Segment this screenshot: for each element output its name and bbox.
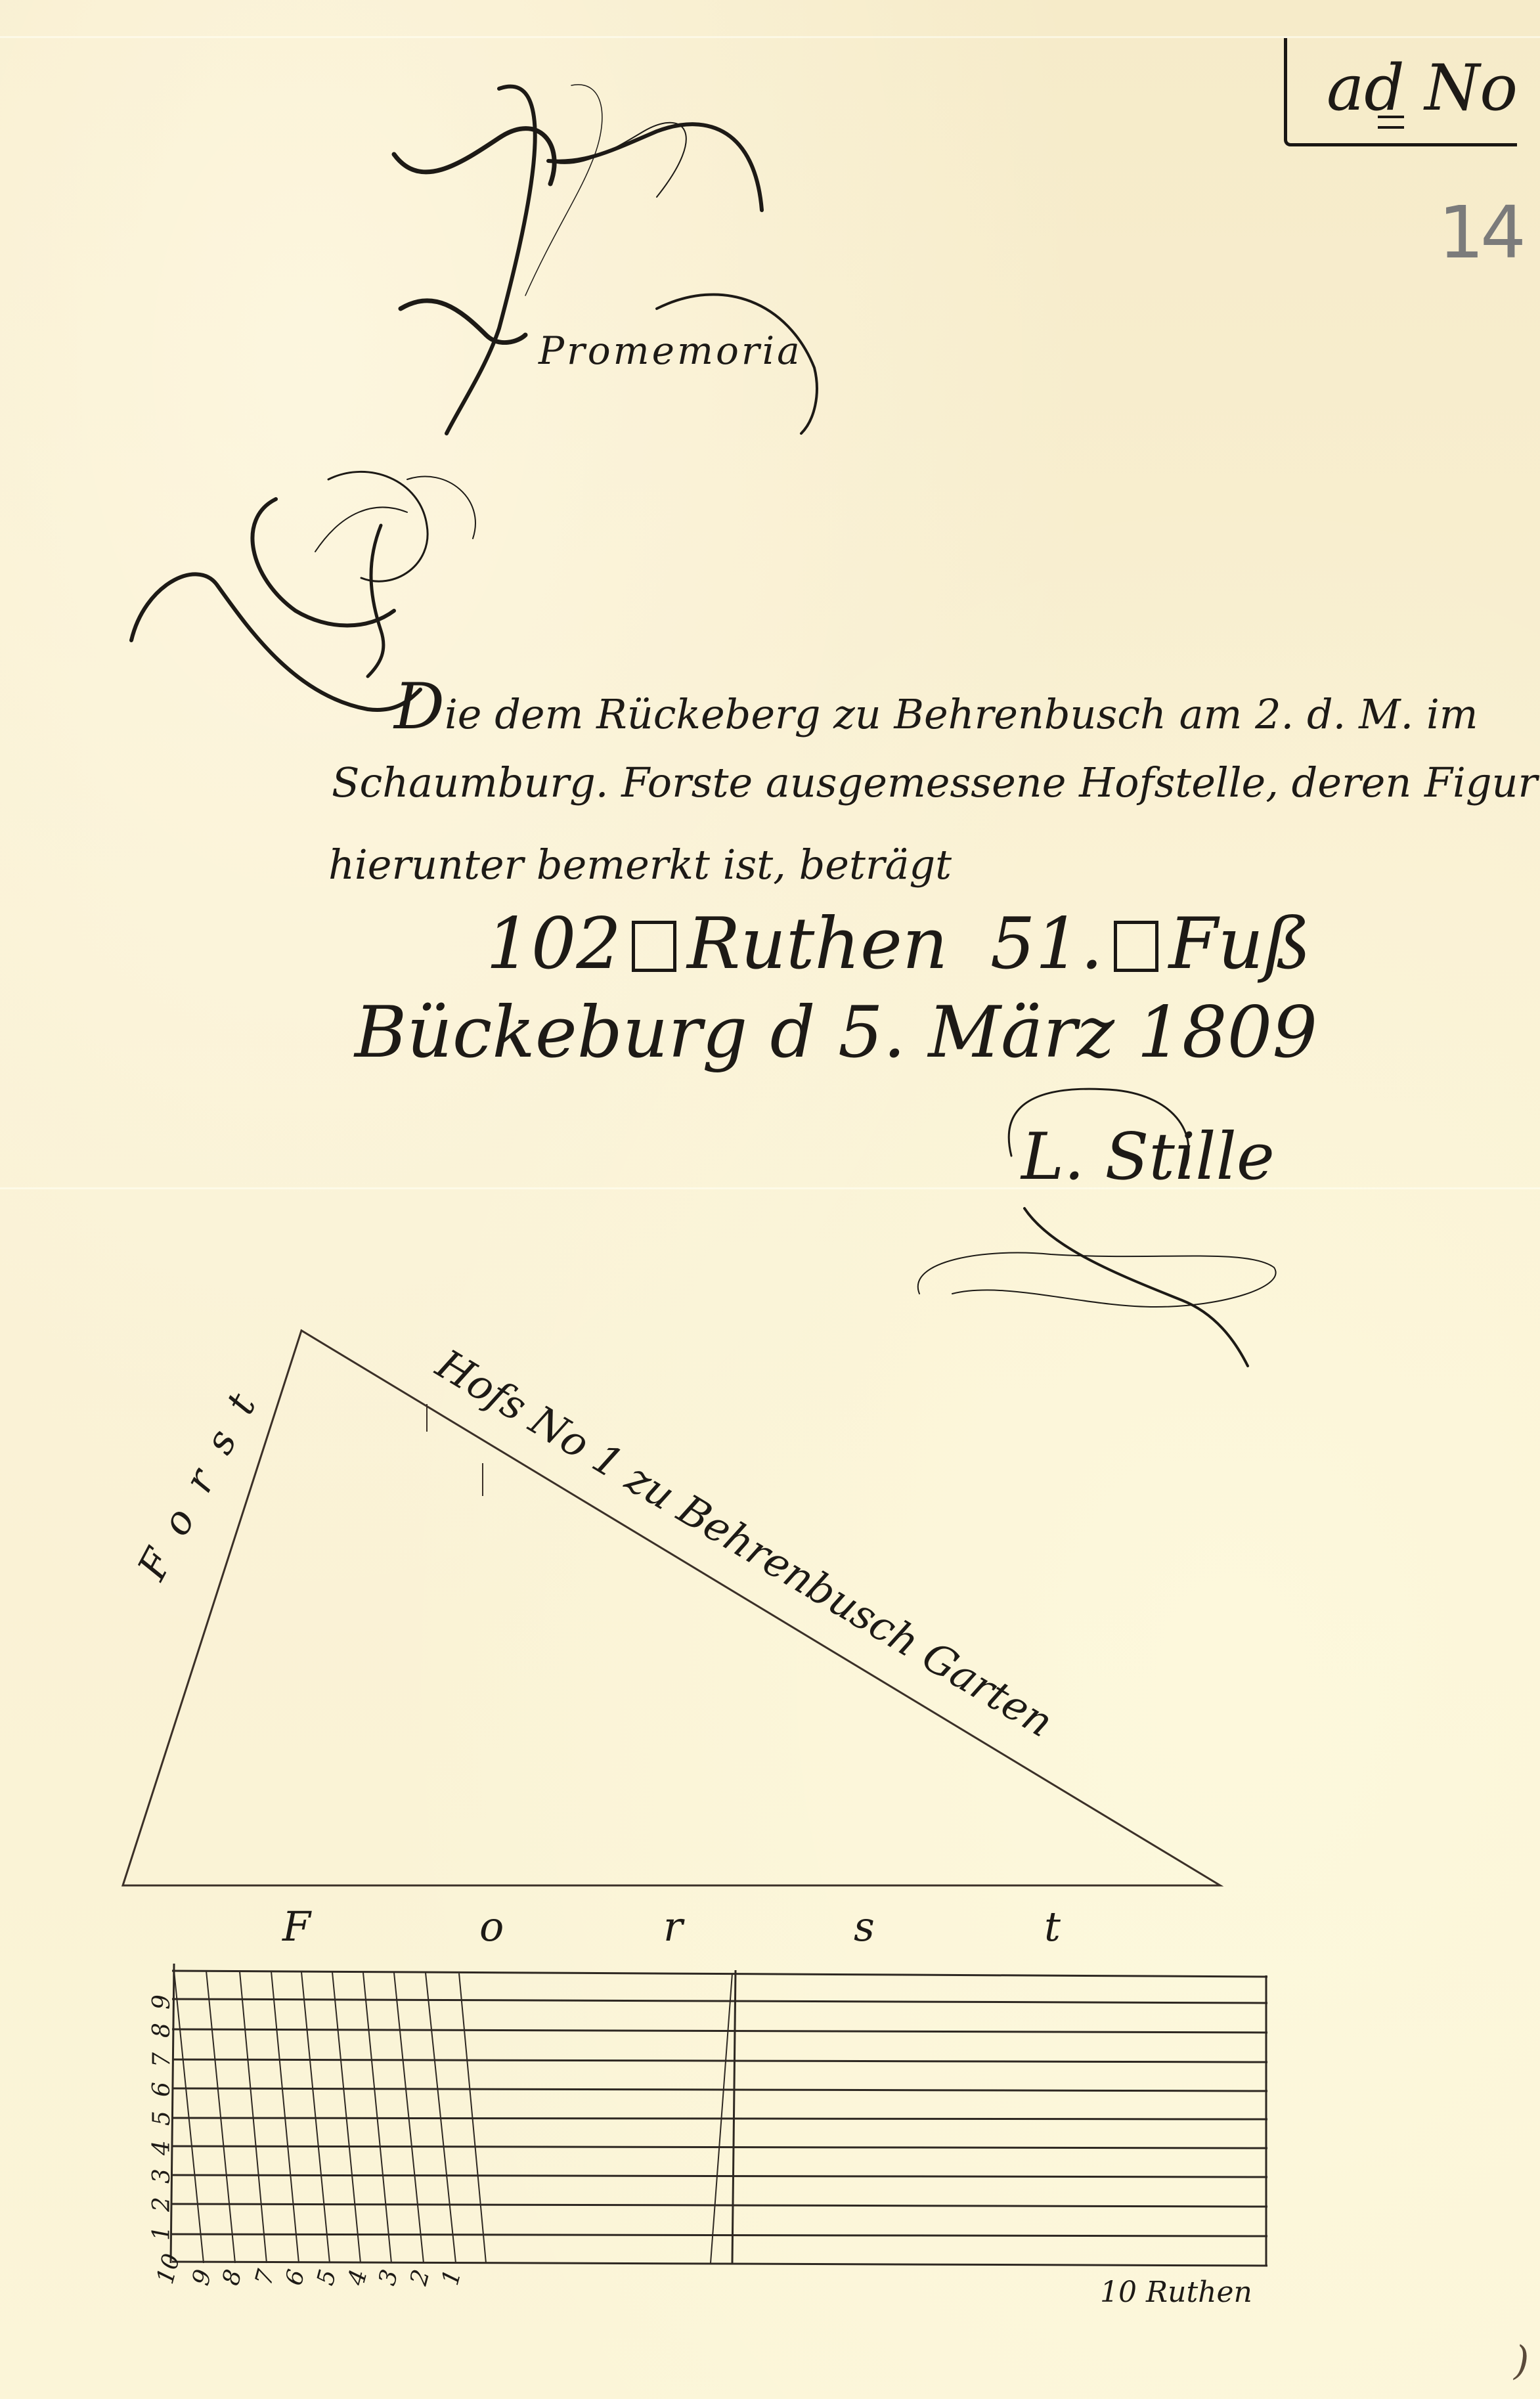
svg-text:F: F (282, 1903, 312, 1950)
svg-text:7: 7 (250, 2267, 280, 2289)
svg-text:6: 6 (280, 2267, 311, 2289)
svg-text:9: 9 (148, 1994, 175, 2010)
scale-vertical-labels: 1 2 3 4 5 6 7 8 9 (148, 1994, 175, 2241)
svg-text:r: r (663, 1903, 685, 1950)
hypotenuse-label: Hofs No 1 zu Behrenbusch Garten (428, 1340, 1061, 1747)
svg-text:4: 4 (343, 2267, 373, 2289)
body-line-1: Die dem Rückeberg zu Behrenbusch am 2. d… (394, 670, 1478, 743)
svg-text:7: 7 (148, 2052, 175, 2067)
svg-text:o: o (479, 1903, 504, 1950)
svg-text:8: 8 (217, 2267, 248, 2289)
svg-text:9: 9 (187, 2267, 217, 2289)
title-flourish-icon (394, 85, 817, 433)
svg-text:2: 2 (148, 2197, 175, 2212)
svg-text:3: 3 (148, 2168, 175, 2184)
svg-text:s: s (854, 1903, 875, 1950)
scale-grid (171, 1964, 1267, 2266)
svg-text:4: 4 (148, 2140, 175, 2156)
square-icon (1114, 921, 1158, 972)
svg-text:2: 2 (405, 2267, 435, 2289)
ruthen-value: 102 (486, 903, 621, 985)
svg-text:1: 1 (148, 2226, 175, 2241)
svg-text:5: 5 (312, 2267, 342, 2289)
fuss-value: 51. (990, 903, 1103, 985)
body-line-2: Schaumburg. Forste ausgemessene Hofstell… (332, 759, 1537, 806)
signature: L. Stille (1021, 1120, 1275, 1195)
square-icon (632, 921, 676, 972)
scale-horizontal-labels: 10 9 8 7 6 5 4 3 2 1 (152, 2251, 467, 2289)
fuss-unit: Fuß (1169, 903, 1311, 985)
svg-text:1: 1 (437, 2267, 467, 2289)
svg-text:10: 10 (152, 2251, 185, 2287)
bottom-side-label: F o r s t (282, 1903, 1061, 1950)
svg-text:t: t (1044, 1903, 1061, 1950)
plot-triangle (123, 1331, 1220, 1885)
area-amount: 102Ruthen 51.Fuß (486, 903, 1311, 985)
scale-unit-label: 10 Ruthen (1100, 2276, 1252, 2309)
initial-letter: D (394, 670, 445, 743)
svg-text:3: 3 (374, 2267, 404, 2289)
body-line-3: hierunter bemerkt ist, beträgt (328, 841, 952, 889)
svg-text:6: 6 (148, 2082, 175, 2097)
svg-text:5: 5 (148, 2111, 175, 2126)
margin-mark: ) (1514, 2338, 1529, 2384)
ruthen-unit: Ruthen (687, 903, 948, 985)
svg-text:8: 8 (148, 2023, 175, 2038)
place-date: Bückeburg d 5. März 1809 (355, 992, 1317, 1074)
document-title: Promemoria (539, 328, 803, 373)
